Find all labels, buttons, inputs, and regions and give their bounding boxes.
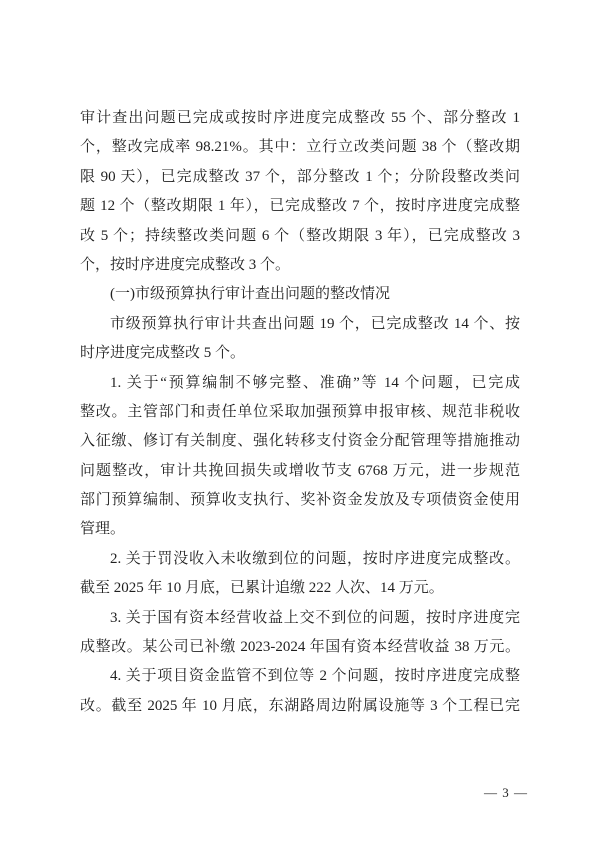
text-line: 3. 关于国有资本经营收益上交不到位的问题，按时序进度完	[80, 604, 520, 633]
text-line: 问题整改，审计共挽回损失或增收节支 6768 万元，进一步规范	[80, 457, 520, 486]
text-line: 时序进度完成整改 5 个。	[80, 339, 520, 368]
text-line: 个，按时序进度完成整改 3 个。	[80, 251, 520, 280]
text-line: 限 90 天），已完成整改 37 个，部分整改 1 个；分阶段整改类问	[80, 163, 520, 192]
page-number: — 3 —	[484, 785, 528, 801]
text-line: 部门预算编制、预算收支执行、奖补资金发放及专项债资金使用	[80, 486, 520, 515]
text-line: 改。截至 2025 年 10 月底，东湖路周边附属设施等 3 个工程已完	[80, 692, 520, 721]
text-line: 个，整改完成率 98.21%。其中：立行立改类问题 38 个（整改期	[80, 133, 520, 162]
text-line: 整改。主管部门和责任单位采取加强预算申报审核、规范非税收	[80, 398, 520, 427]
document-page: 审计查出问题已完成或按时序进度完成整改 55 个、部分整改 1个，整改完成率 9…	[0, 0, 600, 849]
text-line: 题 12 个（整改期限 1 年），已完成整改 7 个，按时序进度完成整	[80, 192, 520, 221]
document-body: 审计查出问题已完成或按时序进度完成整改 55 个、部分整改 1个，整改完成率 9…	[80, 104, 520, 721]
section-heading: (一)市级预算执行审计查出问题的整改情况	[80, 280, 520, 309]
text-line: 市级预算执行审计共查出问题 19 个，已完成整改 14 个、按	[80, 310, 520, 339]
text-line: 入征缴、修订有关制度、强化转移支付资金分配管理等措施推动	[80, 427, 520, 456]
text-line: 成整改。某公司已补缴 2023-2024 年国有资本经营收益 38 万元。	[80, 633, 520, 662]
text-line: 4. 关于项目资金监管不到位等 2 个问题，按时序进度完成整	[80, 662, 520, 691]
text-line: 改 5 个；持续整改类问题 6 个（整改期限 3 年），已完成整改 3	[80, 222, 520, 251]
text-line: 截至 2025 年 10 月底，已累计追缴 222 人次、14 万元。	[80, 574, 520, 603]
text-line: 审计查出问题已完成或按时序进度完成整改 55 个、部分整改 1	[80, 104, 520, 133]
text-line: 1. 关于“预算编制不够完整、准确”等 14 个问题，已完成	[80, 369, 520, 398]
text-line: 2. 关于罚没收入未收缴到位的问题，按时序进度完成整改。	[80, 545, 520, 574]
text-line: 管理。	[80, 515, 520, 544]
